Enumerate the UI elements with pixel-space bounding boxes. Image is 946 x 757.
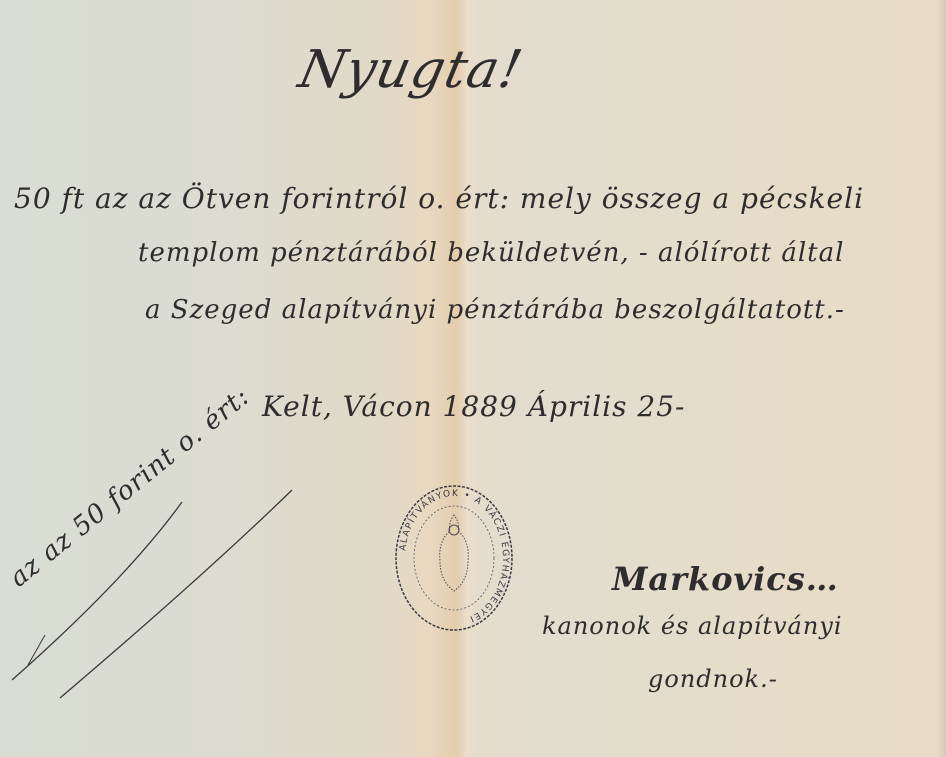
body-line-1: 50 ft az az Ötven forintról o. ért: mely… [14,182,864,215]
margin-note-brackets [0,470,310,700]
paper-fold-crease [430,0,480,757]
signature-title-line-2: gondnok.- [648,665,778,693]
document-title: Nyugta! [294,40,528,100]
paper-right-edge [936,0,946,757]
signature-title-line-1: kanonok és alapítványi [542,612,843,640]
body-line-2: templom pénztárából beküldetvén, - alólí… [138,238,844,268]
body-line-3: a Szeged alapítványi pénztárába beszolgá… [145,295,845,325]
signature-name: Markovics… [612,560,839,598]
official-seal-stamp: ALAPÍTVÁNYOK • A VÁCZI EGYHÁZMEGYEI [390,480,518,636]
date-place-line: Kelt, Vácon 1889 Április 25- [262,390,685,423]
